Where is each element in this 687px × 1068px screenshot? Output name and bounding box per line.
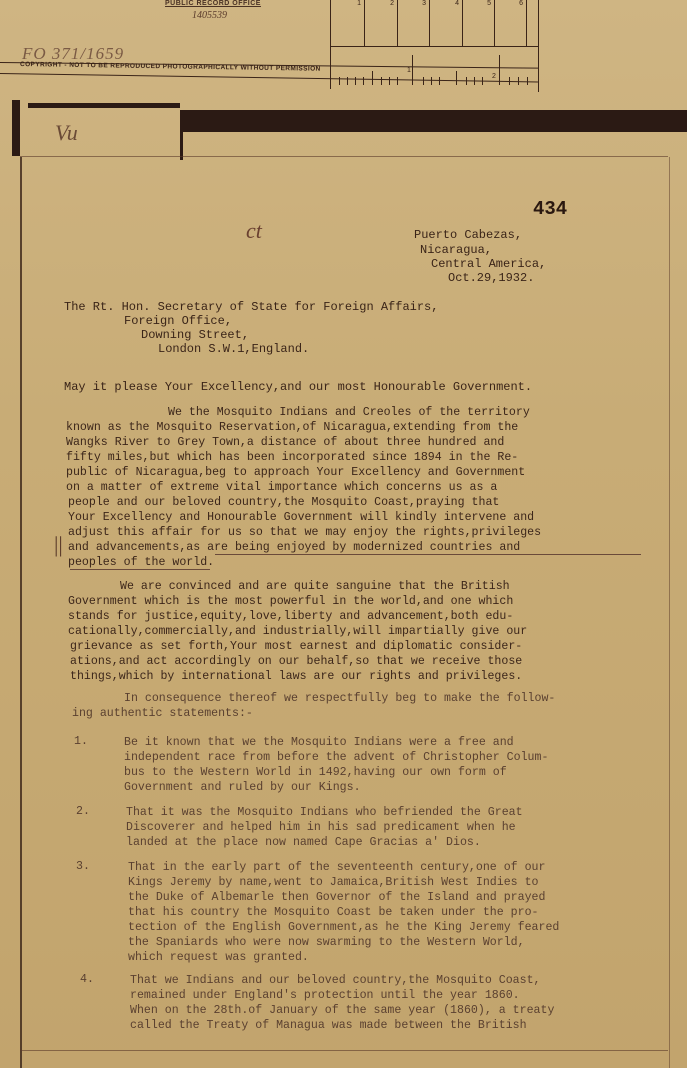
ruler-cell: 5 [463,0,495,46]
ruler-cell: 2 [365,0,398,46]
frame-edge-left [12,100,20,156]
ruler-tick [381,77,382,85]
recipient-address-line: London S.W.1,England. [158,341,309,357]
paragraph-1-line: people and our beloved country,the Mosqu… [68,495,499,511]
statement-line: Kings Jeremy by name,went to Jamaica,Bri… [128,875,539,891]
ruler-tick [397,77,398,85]
statement-line: that his country the Mosquito Coast be t… [128,905,539,921]
paragraph-1-line: Wangks River to Grey Town,a distance of … [66,435,504,451]
ruler-tick [499,55,500,85]
ruler-mark: 2 [492,73,496,80]
ruler-tick [439,77,440,85]
paragraph-3-line: In consequence thereof we respectfully b… [124,691,555,707]
paragraph-2-line: stands for justice,equity,love,liberty a… [68,609,513,625]
letter-date: Oct.29,1932. [448,270,534,286]
frame-edge-top-wide [180,110,687,132]
handwritten-underline [70,569,210,570]
paragraph-1-line: public of Nicaragua,beg to approach Your… [66,465,525,481]
statement-number: 4. [80,973,94,986]
document-page: PUBLIC RECORD OFFICE 1405539 FO 371/1659… [0,0,687,1068]
sender-address-line: Puerto Cabezas, [414,227,522,243]
statement-line: That we Indians and our beloved country,… [130,973,541,989]
ruler-tick [412,55,413,85]
ruler-cell: 4 [430,0,463,46]
page-border [669,157,670,1068]
ruler-tick [482,77,483,85]
ruler-tick [431,77,432,85]
statement-number: 1. [74,735,88,748]
ruler-tick [372,71,373,85]
handwritten-mark: Vu [55,120,78,146]
recipient-address-line: The Rt. Hon. Secretary of State for Fore… [64,299,438,315]
page-border [20,157,22,1068]
statement-number: 2. [76,805,90,818]
statement-line: independent race from before the advent … [124,750,548,766]
ruler-mark: 1 [407,67,411,74]
paragraph-2-line: things,which by international laws are o… [70,669,522,685]
statement-line: Government and ruled by our Kings. [124,780,361,796]
statement-line: Discoverer and helped him in his sad pre… [126,820,516,836]
ruler-tick [389,77,390,85]
ruler-tick [423,77,424,85]
ruler-bottom-scale: 1 2 [330,47,539,89]
ruler-tick [474,77,475,85]
statement-line: the Spaniards who were now swarming to t… [128,935,525,951]
paragraph-2-line: Government which is the most powerful in… [68,594,513,610]
statement-line: remained under England's protection unti… [130,988,520,1004]
statement-line: called the Treaty of Managua was made be… [130,1018,527,1034]
paragraph-1-line: on a matter of extreme vital importance … [66,480,497,496]
frame-edge-top [28,103,180,108]
paragraph-1-line: Your Excellency and Honourable Governmen… [68,510,534,526]
measurement-ruler: 1 2 3 4 5 6 1 2 [330,0,539,92]
ruler-tick [518,77,519,85]
statement-line: tection of the English Government,as he … [128,920,559,936]
paragraph-2-line: We are convinced and are quite sanguine … [120,579,510,595]
statement-line: bus to the Western World in 1492,having … [124,765,507,781]
statement-line: That in the early part of the seventeent… [128,860,545,876]
statement-line: Be it known that we the Mosquito Indians… [124,735,514,751]
copyright-notice: COPYRIGHT - NOT TO BE REPRODUCED PHOTOGR… [20,61,321,73]
ruler-top-scale: 1 2 3 4 5 6 [330,0,539,47]
statement-line: When on the 28th.of January of the same … [130,1003,554,1019]
salutation: May it please Your Excellency,and our mo… [64,379,532,395]
ruler-tick [527,77,528,85]
frame-edge-step [180,110,183,160]
ruler-tick [363,77,364,85]
ruler-cell: 3 [398,0,430,46]
paragraph-3-line: ing authentic statements:- [72,706,253,722]
paragraph-1-line: fifty miles,but which has been incorpora… [66,450,518,466]
record-office-number: 1405539 [192,10,227,21]
statement-number: 3. [76,860,90,873]
ruler-cell: 6 [495,0,527,46]
record-office-stamp: PUBLIC RECORD OFFICE [165,0,261,7]
handwritten-underline [215,554,641,555]
paragraph-1-line: adjust this affair for us so that we may… [68,525,541,541]
statement-line: which request was granted. [128,950,309,966]
page-border [20,1050,668,1051]
handwritten-initial: ct [246,218,262,244]
paragraph-1-line: known as the Mosquito Reservation,of Nic… [66,420,518,436]
ruler-tick [456,71,457,85]
ruler-tick [466,77,467,85]
margin-mark: || [54,532,63,558]
paragraph-2-line: ations,and act accordingly on our behalf… [70,654,522,670]
statement-line: That it was the Mosquito Indians who bef… [126,805,523,821]
ruler-tick [347,77,348,85]
statement-line: the Duke of Albemarle then Governor of t… [128,890,545,906]
ruler-cell: 1 [331,0,365,46]
ruler-tick [355,77,356,85]
folio-number: 434 [533,198,567,220]
page-border [20,156,668,157]
paragraph-2-line: grievance as set forth,Your most earnest… [70,639,522,655]
paragraph-2-line: cationally,commercially,and industrially… [68,624,527,640]
statement-line: landed at the place now named Cape Graci… [126,835,481,851]
ruler-tick [339,77,340,85]
paragraph-1-line: We the Mosquito Indians and Creoles of t… [168,405,530,421]
ruler-tick [509,77,510,85]
